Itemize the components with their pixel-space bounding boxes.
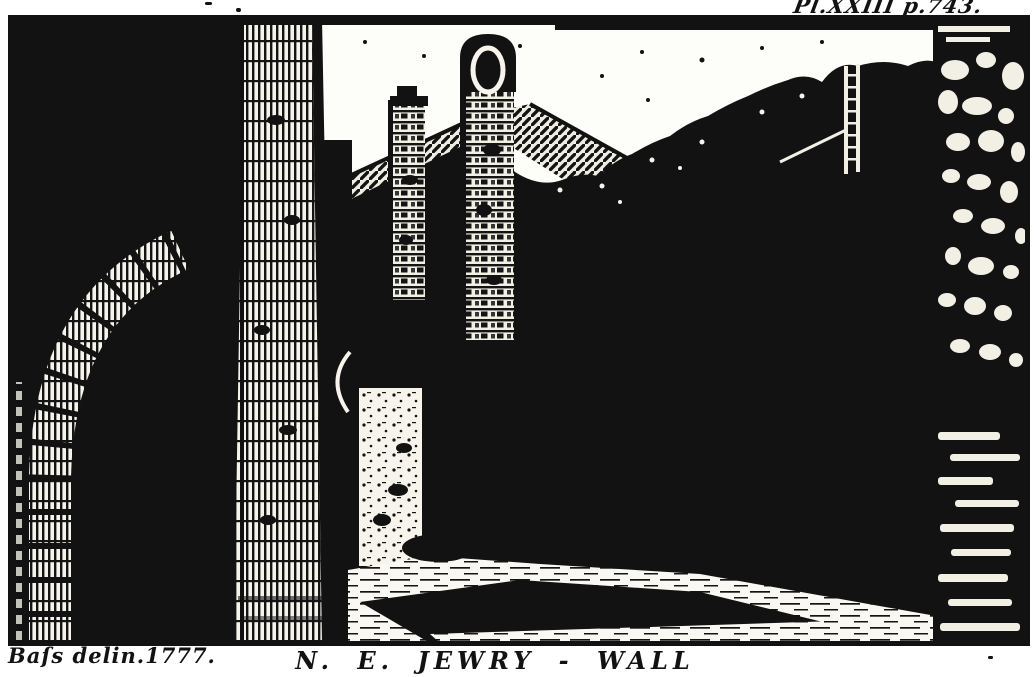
ink-speck <box>988 656 993 659</box>
ink-speck <box>236 8 241 12</box>
ink-speck <box>205 2 212 5</box>
foreground-shrub <box>402 534 474 562</box>
small-chimney <box>388 86 428 300</box>
rubble-stone-wall <box>933 19 1027 643</box>
plate-reference: Pl.XXIII p.743. <box>792 0 985 18</box>
engraving-plate: Pl.XXIII p.743. Baſs delin.1777. N. E. J… <box>0 0 1035 677</box>
brick-pillar <box>234 19 334 643</box>
engraving-illustration <box>0 0 1035 677</box>
tall-chimney <box>460 34 516 340</box>
plate-caption: N. E. JEWRY - WALL <box>0 646 990 675</box>
